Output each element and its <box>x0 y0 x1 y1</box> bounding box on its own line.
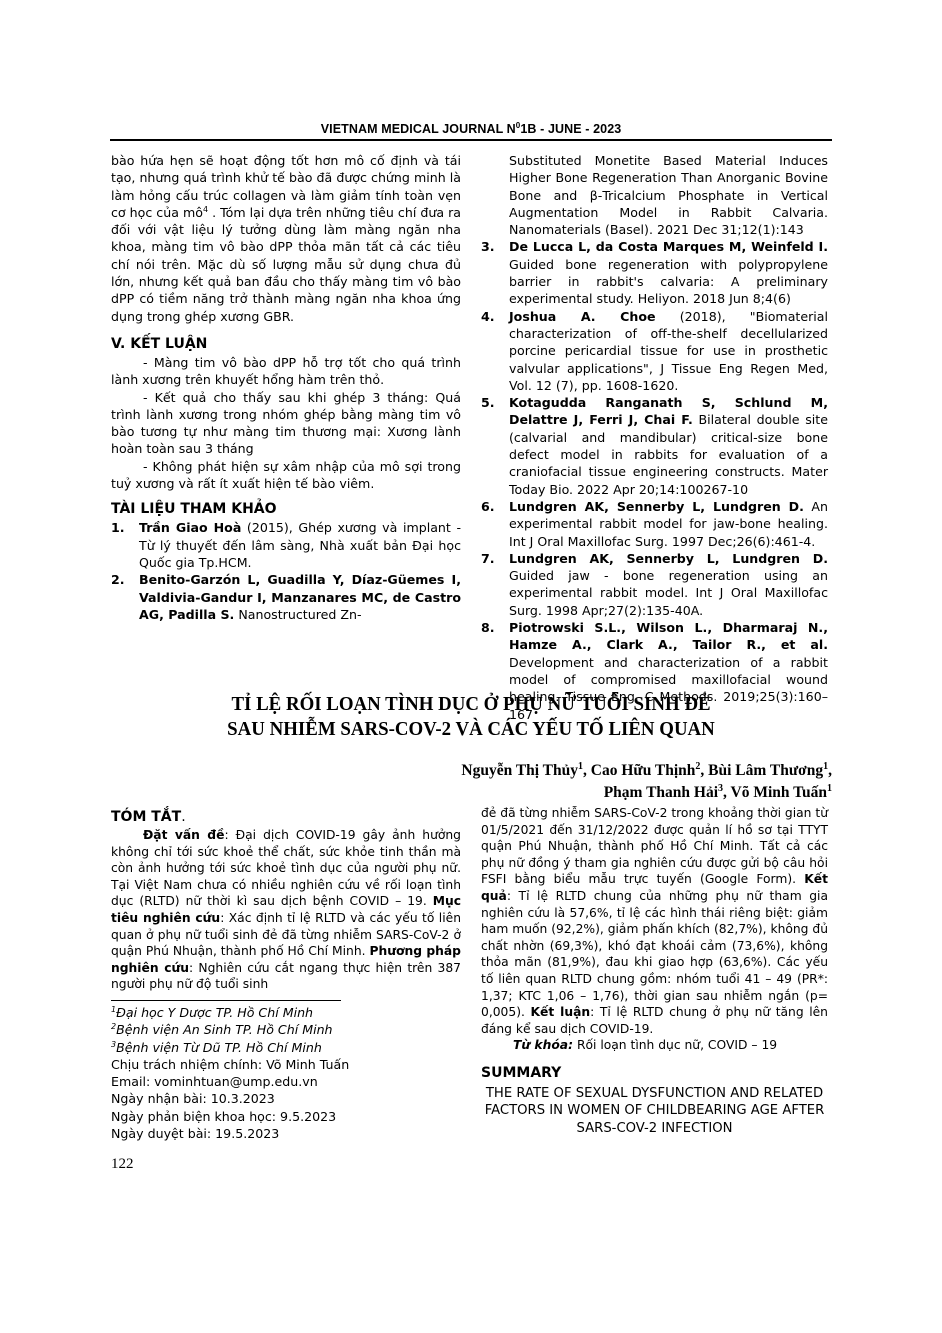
reference-number: 2. <box>111 571 125 588</box>
affiliation-text: Bệnh viện Từ Dũ TP. Hồ Chí Minh <box>116 1040 322 1055</box>
reference-number: 8. <box>481 619 495 636</box>
discussion-paragraph: bào hứa hẹn sẽ hoạt động tốt hơn mô cố đ… <box>111 152 461 325</box>
reference-item: 5.Kotagudda Ranganath S, Schlund M, Dela… <box>481 394 828 498</box>
footnote-rule <box>111 1000 341 1001</box>
prev-article-right-column: Substituted Monetite Based Material Indu… <box>481 152 828 723</box>
reference-text: Guided jaw - bone regeneration using an … <box>509 568 828 618</box>
reference-text: Nanostructured Zn- <box>234 607 361 622</box>
date-accepted: Ngày duyệt bài: 19.5.2023 <box>111 1125 461 1142</box>
reference-item: 3.De Lucca L, da Costa Marques M, Weinfe… <box>481 238 828 307</box>
separator: , <box>723 784 730 801</box>
separator: , <box>700 762 708 779</box>
affiliation-3: 3Bệnh viện Từ Dũ TP. Hồ Chí Minh <box>111 1039 461 1056</box>
conclusion-item: - Không phát hiện sự xâm nhập của mô sợi… <box>111 458 461 493</box>
reference-authors: Lundgren AK, Sennerby L, Lundgren D. <box>509 551 828 566</box>
reference-authors: Joshua A. Choe <box>509 309 656 324</box>
reference-item: 2.Benito-Garzón L, Guadilla Y, Díaz-Güem… <box>111 571 461 623</box>
keywords: Từ khóa: Rối loạn tình dục nữ, COVID – 1… <box>481 1037 828 1054</box>
reference-text: Substituted Monetite Based Material Indu… <box>509 153 828 237</box>
footnotes: 1Đại học Y Dược TP. Hồ Chí Minh 2Bệnh vi… <box>111 1004 461 1142</box>
author-list: Nguyễn Thị Thủy1, Cao Hữu Thịnh2, Bùi Lâ… <box>461 760 832 804</box>
abstract-heading: TÓM TẮT. <box>111 808 461 827</box>
header-rule <box>110 139 832 141</box>
reference-number: 4. <box>481 308 495 325</box>
references-heading: TÀI LIỆU THAM KHẢO <box>111 500 461 519</box>
summary-heading: SUMMARY <box>481 1064 828 1083</box>
author-affiliation-sup: 1 <box>827 783 832 794</box>
reference-authors: Lundgren AK, Sennerby L, Lundgren D. <box>509 499 804 514</box>
author-name: Cao Hữu Thịnh <box>591 762 696 779</box>
discussion-text-2: . Tóm lại dựa trên những tiêu chí đưa ra… <box>111 205 461 324</box>
email: Email: vominhtuan@ump.edu.vn <box>111 1073 461 1090</box>
date-received: Ngày nhận bài: 10.3.2023 <box>111 1090 461 1107</box>
author-name: Phạm Thanh Hải <box>604 784 718 801</box>
reference-number: 5. <box>481 394 495 411</box>
abstract-left-column: TÓM TẮT. Đặt vấn đề: Đại dịch COVID-19 g… <box>111 808 461 993</box>
reference-item: 1.Trần Giao Hoà (2015), Ghép xương và im… <box>111 519 461 571</box>
journal-name: VIETNAM MEDICAL JOURNAL N <box>321 122 516 136</box>
abstract-heading-text: TÓM TẮT <box>111 809 181 825</box>
keywords-text: Rối loạn tình dục nữ, COVID – 19 <box>573 1038 777 1052</box>
conclusion-item: - Kết quả cho thấy sau khi ghép 3 tháng:… <box>111 389 461 458</box>
separator: , <box>583 762 591 779</box>
abstract-right-column: đẻ đã từng nhiễm SARS-CoV-2 trong khoảng… <box>481 805 828 1137</box>
reference-number: 1. <box>111 519 125 536</box>
reference-number: 7. <box>481 550 495 567</box>
abstract-label-background: Đặt vấn đề <box>143 828 224 842</box>
abstract-paragraph-continued: đẻ đã từng nhiễm SARS-CoV-2 trong khoảng… <box>481 805 828 1037</box>
page-number: 122 <box>111 1156 134 1173</box>
affiliation-text: Đại học Y Dược TP. Hồ Chí Minh <box>116 1005 313 1020</box>
reference-number: 6. <box>481 498 495 515</box>
date-reviewed: Ngày phản biện khoa học: 9.5.2023 <box>111 1108 461 1125</box>
summary-title: THE RATE OF SEXUAL DYSFUNCTION AND RELAT… <box>481 1085 828 1137</box>
reference-authors: Trần Giao Hoà <box>139 520 241 535</box>
article-title-line-1: TỈ LỆ RỐI LOẠN TÌNH DỤC Ở PHỤ NỮ TUỔI SI… <box>139 692 803 717</box>
reference-item: 4.Joshua A. Choe (2018), "Biomaterial ch… <box>481 308 828 394</box>
keywords-label: Từ khóa: <box>513 1038 573 1052</box>
abstract-text-method-cont: đẻ đã từng nhiễm SARS-CoV-2 trong khoảng… <box>481 806 828 886</box>
reference-text: Guided bone regeneration with polypropyl… <box>509 257 828 307</box>
conclusion-heading: V. KẾT LUẬN <box>111 335 461 354</box>
reference-authors: De Lucca L, da Costa Marques M, Weinfeld… <box>509 239 828 254</box>
article-title-line-2: SAU NHIỄM SARS-COV-2 VÀ CÁC YẾU TỐ LIÊN … <box>139 717 803 742</box>
separator: , <box>828 762 832 779</box>
abstract-heading-dot: . <box>181 809 185 825</box>
article-title: TỈ LỆ RỐI LOẠN TÌNH DỤC Ở PHỤ NỮ TUỔI SI… <box>139 692 803 742</box>
author-name: Bùi Lâm Thương <box>708 762 823 779</box>
prev-article-left-column: bào hứa hẹn sẽ hoạt động tốt hơn mô cố đ… <box>111 152 461 623</box>
affiliation-2: 2Bệnh viện An Sinh TP. Hồ Chí Minh <box>111 1021 461 1038</box>
conclusion-item: - Màng tim vô bào dPP hỗ trợ tốt cho quá… <box>111 354 461 389</box>
reference-authors: Piotrowski S.L., Wilson L., Dharmaraj N.… <box>509 620 828 652</box>
reference-number: 3. <box>481 238 495 255</box>
journal-header: VIETNAM MEDICAL JOURNAL N01B - JUNE - 20… <box>110 122 832 136</box>
affiliation-1: 1Đại học Y Dược TP. Hồ Chí Minh <box>111 1004 461 1021</box>
abstract-text-result: : Tỉ lệ RLTD chung của những phụ nữ tham… <box>481 889 828 1019</box>
reference-item: 6.Lundgren AK, Sennerby L, Lundgren D. A… <box>481 498 828 550</box>
corresponding-author: Chịu trách nhiệm chính: Võ Minh Tuấn <box>111 1056 461 1073</box>
reference-item: 7.Lundgren AK, Sennerby L, Lundgren D. G… <box>481 550 828 619</box>
abstract-label-conclusion: Kết luận <box>530 1005 590 1019</box>
reference-item-continued: Substituted Monetite Based Material Indu… <box>481 152 828 238</box>
author-name: Nguyễn Thị Thủy <box>461 762 578 779</box>
abstract-paragraph: Đặt vấn đề: Đại dịch COVID-19 gây ảnh hư… <box>111 827 461 993</box>
author-name: Võ Minh Tuấn <box>731 784 828 801</box>
affiliation-text: Bệnh viện An Sinh TP. Hồ Chí Minh <box>116 1022 332 1037</box>
journal-issue: 1B - JUNE - 2023 <box>520 122 621 136</box>
